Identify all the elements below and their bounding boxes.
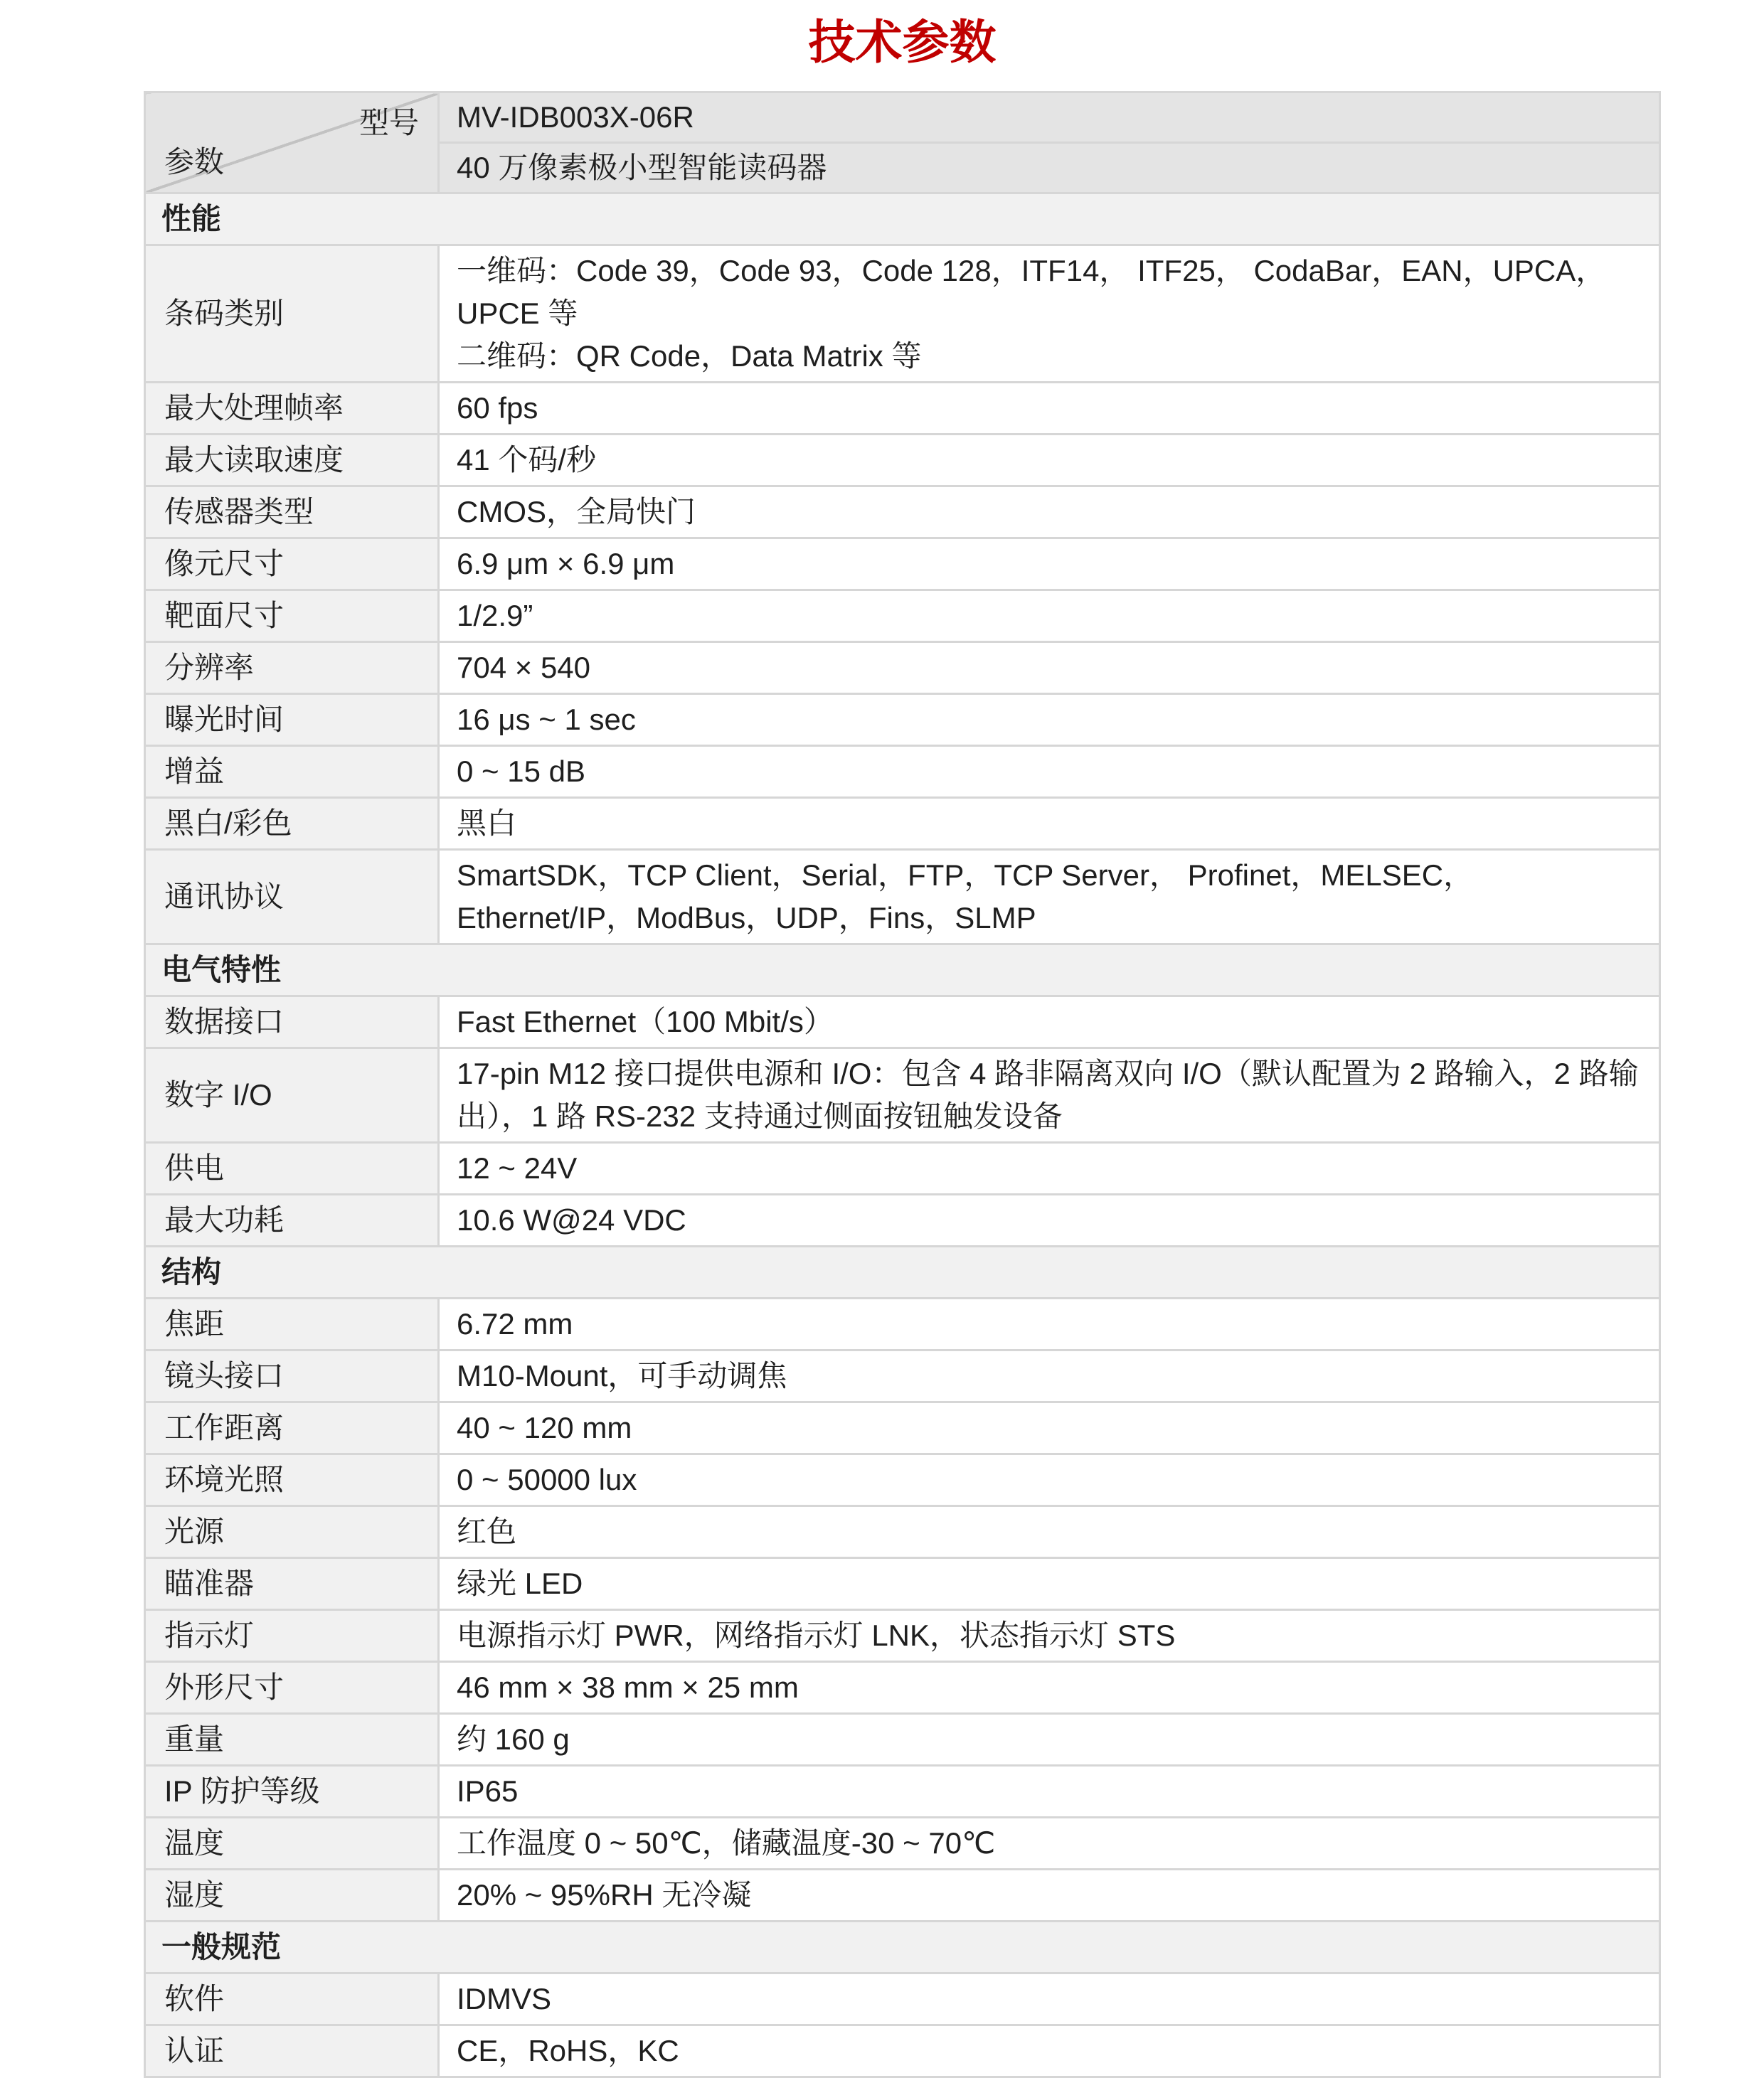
- table-row: 增益0 ~ 15 dB: [145, 746, 1660, 798]
- spec-value: M10-Mount，可手动调焦: [439, 1350, 1660, 1402]
- spec-value: 工作温度 0 ~ 50℃，储藏温度-30 ~ 70℃: [439, 1818, 1660, 1870]
- table-row: 瞄准器绿光 LED: [145, 1558, 1660, 1610]
- table-row: 外形尺寸46 mm × 38 mm × 25 mm: [145, 1662, 1660, 1714]
- corner-label-param: 参数: [164, 141, 224, 183]
- table-row: 传感器类型CMOS，全局快门: [145, 486, 1660, 538]
- spec-label: 重量: [145, 1714, 439, 1766]
- table-row: 通讯协议SmartSDK，TCP Client，Serial，FTP，TCP S…: [145, 850, 1660, 944]
- spec-label: 最大处理帧率: [145, 383, 439, 435]
- table-row: 重量约 160 g: [145, 1714, 1660, 1766]
- spec-value: 红色: [439, 1506, 1660, 1558]
- spec-label: 外形尺寸: [145, 1662, 439, 1714]
- spec-value: CE，RoHS，KC: [439, 2025, 1660, 2077]
- table-row: 最大功耗10.6 W@24 VDC: [145, 1195, 1660, 1247]
- spec-label: 供电: [145, 1143, 439, 1195]
- spec-label: 环境光照: [145, 1454, 439, 1506]
- table-row: 最大处理帧率60 fps: [145, 383, 1660, 435]
- spec-value: 16 μs ~ 1 sec: [439, 694, 1660, 746]
- spec-label: 数据接口: [145, 996, 439, 1048]
- section-row: 性能: [145, 193, 1660, 245]
- table-row: 焦距6.72 mm: [145, 1299, 1660, 1350]
- spec-value: 704 × 540: [439, 642, 1660, 694]
- spec-value: 6.72 mm: [439, 1299, 1660, 1350]
- spec-label: 工作距离: [145, 1402, 439, 1454]
- header-row-model: 型号 参数 MV-IDB003X-06R: [145, 92, 1660, 143]
- spec-label: IP 防护等级: [145, 1766, 439, 1818]
- spec-value: 约 160 g: [439, 1714, 1660, 1766]
- spec-value: 黑白: [439, 798, 1660, 850]
- table-row: 曝光时间16 μs ~ 1 sec: [145, 694, 1660, 746]
- table-row: 靶面尺寸1/2.9”: [145, 590, 1660, 642]
- spec-value: 10.6 W@24 VDC: [439, 1195, 1660, 1247]
- spec-label: 像元尺寸: [145, 538, 439, 590]
- spec-value: 1/2.9”: [439, 590, 1660, 642]
- spec-label: 湿度: [145, 1870, 439, 1922]
- spec-label: 最大读取速度: [145, 435, 439, 486]
- spec-value: 20% ~ 95%RH 无冷凝: [439, 1870, 1660, 1922]
- table-row: 条码类别一维码：Code 39，Code 93，Code 128，ITF14， …: [145, 245, 1660, 383]
- spec-label: 瞄准器: [145, 1558, 439, 1610]
- spec-value: SmartSDK，TCP Client，Serial，FTP，TCP Serve…: [439, 850, 1660, 944]
- table-row: 分辨率704 × 540: [145, 642, 1660, 694]
- spec-value: 41 个码/秒: [439, 435, 1660, 486]
- spec-table: 型号 参数 MV-IDB003X-06R 40 万像素极小型智能读码器 性能条码…: [144, 91, 1661, 2078]
- section-header: 结构: [145, 1247, 1660, 1299]
- table-row: 认证CE，RoHS，KC: [145, 2025, 1660, 2077]
- spec-label: 最大功耗: [145, 1195, 439, 1247]
- table-row: 环境光照0 ~ 50000 lux: [145, 1454, 1660, 1506]
- spec-value: 绿光 LED: [439, 1558, 1660, 1610]
- spec-value: Fast Ethernet（100 Mbit/s）: [439, 996, 1660, 1048]
- spec-value: 17-pin M12 接口提供电源和 I/O：包含 4 路非隔离双向 I/O（默…: [439, 1048, 1660, 1143]
- table-row: 湿度20% ~ 95%RH 无冷凝: [145, 1870, 1660, 1922]
- spec-value: 40 ~ 120 mm: [439, 1402, 1660, 1454]
- spec-label: 黑白/彩色: [145, 798, 439, 850]
- spec-label: 软件: [145, 1973, 439, 2025]
- spec-value: 6.9 μm × 6.9 μm: [439, 538, 1660, 590]
- table-row: 软件IDMVS: [145, 1973, 1660, 2025]
- spec-label: 指示灯: [145, 1610, 439, 1662]
- spec-label: 传感器类型: [145, 486, 439, 538]
- section-row: 一般规范: [145, 1922, 1660, 1973]
- spec-label: 数字 I/O: [145, 1048, 439, 1143]
- spec-value: 0 ~ 50000 lux: [439, 1454, 1660, 1506]
- spec-label: 焦距: [145, 1299, 439, 1350]
- spec-value: 一维码：Code 39，Code 93，Code 128，ITF14， ITF2…: [439, 245, 1660, 383]
- spec-label: 增益: [145, 746, 439, 798]
- spec-value: CMOS，全局快门: [439, 486, 1660, 538]
- spec-value: IP65: [439, 1766, 1660, 1818]
- corner-label-model: 型号: [359, 102, 419, 144]
- spec-value: IDMVS: [439, 1973, 1660, 2025]
- spec-label: 条码类别: [145, 245, 439, 383]
- table-row: 数字 I/O17-pin M12 接口提供电源和 I/O：包含 4 路非隔离双向…: [145, 1048, 1660, 1143]
- spec-value: 12 ~ 24V: [439, 1143, 1660, 1195]
- section-row: 电气特性: [145, 944, 1660, 996]
- spec-label: 靶面尺寸: [145, 590, 439, 642]
- section-header: 一般规范: [145, 1922, 1660, 1973]
- table-row: IP 防护等级IP65: [145, 1766, 1660, 1818]
- table-row: 像元尺寸6.9 μm × 6.9 μm: [145, 538, 1660, 590]
- description-value: 40 万像素极小型智能读码器: [439, 143, 1660, 193]
- spec-value: 60 fps: [439, 383, 1660, 435]
- spec-label: 镜头接口: [145, 1350, 439, 1402]
- table-row: 温度工作温度 0 ~ 50℃，储藏温度-30 ~ 70℃: [145, 1818, 1660, 1870]
- section-header: 性能: [145, 193, 1660, 245]
- table-row: 供电12 ~ 24V: [145, 1143, 1660, 1195]
- spec-label: 分辨率: [145, 642, 439, 694]
- spec-label: 光源: [145, 1506, 439, 1558]
- table-row: 黑白/彩色黑白: [145, 798, 1660, 850]
- corner-cell: 型号 参数: [145, 92, 439, 193]
- spec-value: 46 mm × 38 mm × 25 mm: [439, 1662, 1660, 1714]
- spec-label: 认证: [145, 2025, 439, 2077]
- page-title: 技术参数: [144, 0, 1661, 70]
- model-value: MV-IDB003X-06R: [439, 92, 1660, 143]
- spec-value: 0 ~ 15 dB: [439, 746, 1660, 798]
- spec-value: 电源指示灯 PWR，网络指示灯 LNK，状态指示灯 STS: [439, 1610, 1660, 1662]
- table-row: 工作距离40 ~ 120 mm: [145, 1402, 1660, 1454]
- table-row: 光源红色: [145, 1506, 1660, 1558]
- spec-sheet-page: 技术参数 型号 参数 MV-IDB003X-06R 40 万像素极小型智能读码器…: [0, 0, 1764, 2057]
- table-row: 最大读取速度41 个码/秒: [145, 435, 1660, 486]
- section-header: 电气特性: [145, 944, 1660, 996]
- spec-label: 温度: [145, 1818, 439, 1870]
- table-row: 指示灯电源指示灯 PWR，网络指示灯 LNK，状态指示灯 STS: [145, 1610, 1660, 1662]
- spec-label: 曝光时间: [145, 694, 439, 746]
- section-row: 结构: [145, 1247, 1660, 1299]
- table-row: 镜头接口M10-Mount，可手动调焦: [145, 1350, 1660, 1402]
- table-row: 数据接口Fast Ethernet（100 Mbit/s）: [145, 996, 1660, 1048]
- spec-label: 通讯协议: [145, 850, 439, 944]
